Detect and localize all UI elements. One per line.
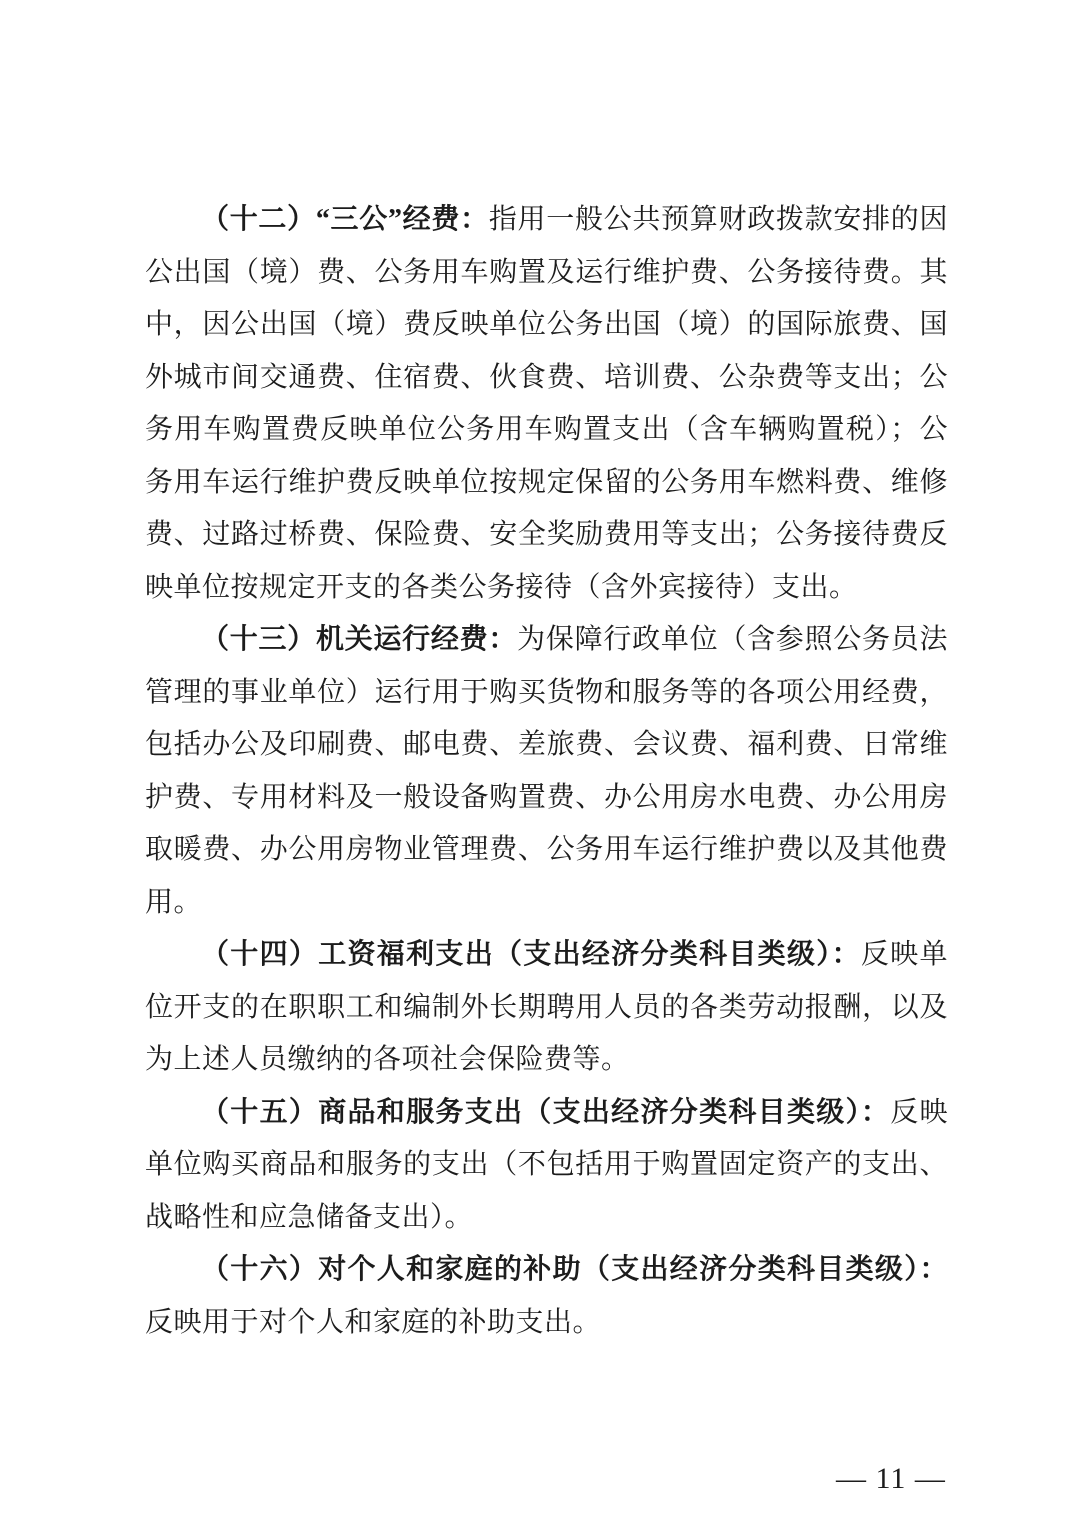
paragraph-lead: （十四）工资福利支出（支出经济分类科目类级）： [201, 939, 861, 970]
paragraph-body: 反映用于对个人和家庭的补助支出。 [145, 1307, 601, 1338]
paragraph-item-12: （十二）“三公”经费：指用一般公共预算财政拨款安排的因公出国（境）费、公务用车购… [145, 194, 948, 614]
paragraph-body: 为保障行政单位（含参照公务员法管理的事业单位）运行用于购买货物和服务等的各项公用… [145, 624, 948, 918]
paragraph-item-16: （十六）对个人和家庭的补助（支出经济分类科目类级）：反映用于对个人和家庭的补助支… [145, 1244, 948, 1349]
paragraph-lead: （十五）商品和服务支出（支出经济分类科目类级）： [201, 1097, 890, 1128]
paragraph-item-13: （十三）机关运行经费：为保障行政单位（含参照公务员法管理的事业单位）运行用于购买… [145, 614, 948, 929]
paragraph-item-15: （十五）商品和服务支出（支出经济分类科目类级）：反映单位购买商品和服务的支出（不… [145, 1087, 948, 1245]
document-body: （十二）“三公”经费：指用一般公共预算财政拨款安排的因公出国（境）费、公务用车购… [145, 194, 948, 1349]
paragraph-lead: （十六）对个人和家庭的补助（支出经济分类科目类级）： [201, 1254, 948, 1285]
document-page: （十二）“三公”经费：指用一般公共预算财政拨款安排的因公出国（境）费、公务用车购… [0, 0, 1074, 1520]
paragraph-item-14: （十四）工资福利支出（支出经济分类科目类级）：反映单位开支的在职职工和编制外长期… [145, 929, 948, 1087]
page-number: — 11 — [836, 1462, 956, 1496]
paragraph-lead: （十二）“三公”经费： [201, 204, 489, 235]
paragraph-lead: （十三）机关运行经费： [201, 624, 517, 655]
paragraph-body: 指用一般公共预算财政拨款安排的因公出国（境）费、公务用车购置及运行维护费、公务接… [145, 204, 948, 603]
